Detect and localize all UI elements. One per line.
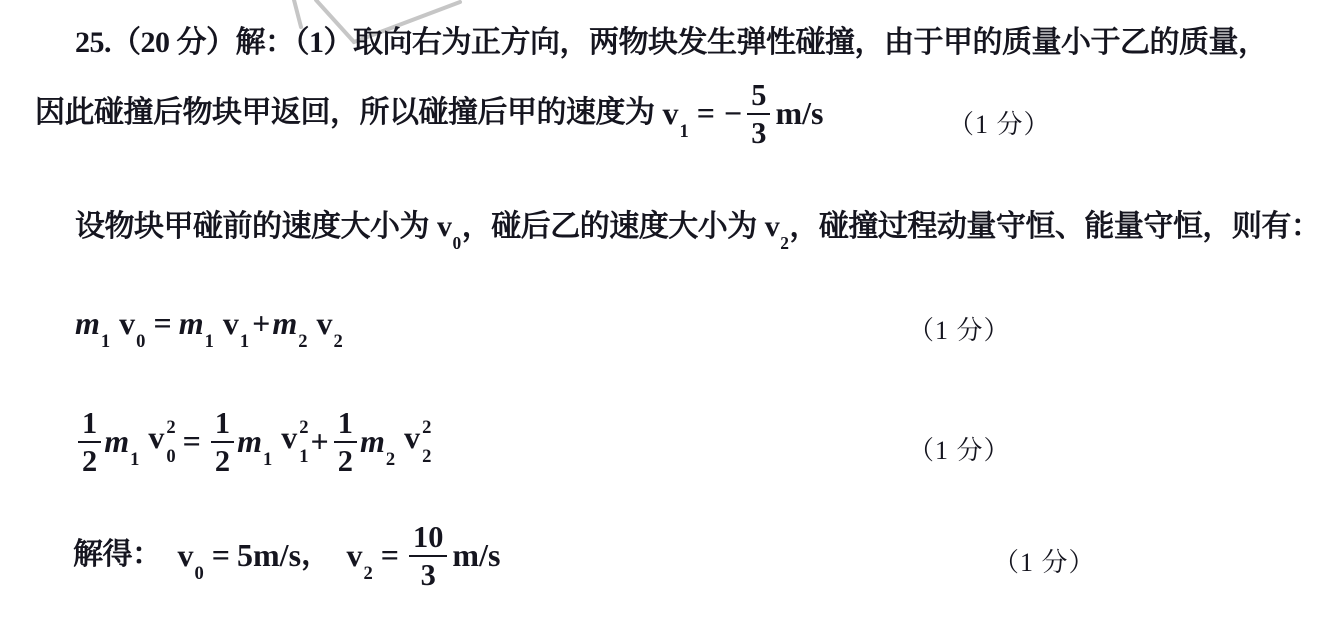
equals-sign: = — [183, 423, 201, 460]
v-symbol: v — [404, 419, 420, 455]
m-symbol: m — [360, 423, 385, 459]
term-v0: v0 — [119, 305, 146, 342]
v1-result-line: 因此碰撞后物块甲返回，所以碰撞后甲的速度为 v1 = − 5 3 m/s — [35, 80, 823, 146]
watermark-stroke — [294, 0, 301, 27]
term-v2-squared: v22 — [404, 417, 431, 464]
plus-sign: + — [252, 305, 270, 342]
line3-part2: ，碰后乙的速度大小为 — [462, 210, 757, 244]
v-symbol: v — [119, 305, 135, 341]
superscript: 2 — [166, 419, 175, 438]
term-m1b: m1 — [237, 423, 273, 460]
term-m1b: m1 — [179, 305, 215, 342]
equals-sign: = — [153, 305, 171, 342]
m-symbol: m — [75, 305, 100, 341]
term-v0-squared: v20 — [148, 417, 175, 464]
subscript: 2 — [298, 331, 307, 352]
subscript: 1 — [240, 331, 249, 352]
m-symbol: m — [272, 305, 297, 341]
term-v1: v1 — [223, 305, 250, 342]
subscript: 1 — [680, 121, 689, 142]
fullwidth-comma: ， — [301, 538, 331, 572]
v-symbol: v — [347, 537, 363, 573]
subscript: 2 — [780, 233, 788, 253]
subscript: 0 — [136, 331, 145, 352]
fraction-numerator: 10 — [409, 520, 447, 557]
term-v2: v2 — [317, 305, 344, 342]
v-symbol: v — [281, 419, 297, 455]
subscript: 2 — [422, 448, 431, 467]
v-symbol: v — [317, 305, 333, 341]
v-symbol: v — [765, 210, 780, 243]
fraction-numerator: 5 — [747, 78, 770, 115]
minus-sign: − — [724, 95, 742, 132]
equation-results: v0 = 5m/s ， v2 = 10 3 m/s — [178, 519, 501, 591]
subscript: 2 — [334, 331, 343, 352]
equals-sign: = — [697, 95, 715, 132]
fraction-one-half: 1 2 — [334, 406, 357, 478]
subscript: 0 — [195, 563, 204, 584]
fraction-denominator: 3 — [409, 557, 447, 592]
document-page: 25.（20 分）解：（1）取向右为正方向，两物块发生弹性碰撞，由于甲的质量小于… — [0, 0, 1344, 636]
setup-line: 设物块甲碰前的速度大小为 v0 ，碰后乙的速度大小为 v2 ，碰撞过程动量守恒、… — [75, 208, 1320, 246]
var-v2-inline: v2 — [765, 210, 790, 244]
fraction-one-half: 1 2 — [211, 406, 234, 478]
line3-part1: 设物块甲碰前的速度大小为 — [75, 210, 429, 244]
sup-sub-stack: 20 — [166, 419, 175, 466]
subscript: 1 — [299, 448, 308, 467]
unit-ms: m/s — [775, 95, 823, 132]
equals-sign: = — [381, 537, 399, 574]
term-v2: v2 — [347, 537, 374, 574]
m-symbol: m — [104, 423, 129, 459]
m-symbol: m — [237, 423, 262, 459]
term-m2: m2 — [360, 423, 396, 460]
term-m1: m1 — [104, 423, 140, 460]
var-v1: v1 — [663, 95, 690, 132]
fraction-numerator: 1 — [334, 406, 357, 443]
subscript: 1 — [130, 449, 139, 470]
subscript: 2 — [364, 563, 373, 584]
term-v1-squared: v21 — [281, 417, 308, 464]
superscript: 2 — [299, 419, 308, 438]
term-v0: v0 — [178, 537, 205, 574]
v-symbol: v — [223, 305, 239, 341]
subscript: 1 — [205, 331, 214, 352]
score-mark-4: （1 分） — [993, 542, 1096, 579]
var-v0-inline: v0 — [437, 210, 462, 244]
equals-sign: = — [212, 537, 230, 574]
fraction-5-3: 5 3 — [747, 78, 770, 150]
v-symbol: v — [178, 537, 194, 573]
sup-sub-stack: 21 — [299, 419, 308, 466]
fraction-numerator: 1 — [78, 406, 101, 443]
fraction-denominator: 2 — [211, 443, 234, 478]
fraction-one-half: 1 2 — [78, 406, 101, 478]
subscript: 0 — [453, 233, 461, 253]
sup-sub-stack: 22 — [422, 419, 431, 466]
fraction-denominator: 2 — [334, 443, 357, 478]
unit-ms: m/s — [452, 537, 500, 574]
subscript: 0 — [166, 448, 175, 467]
fraction-denominator: 2 — [78, 443, 101, 478]
fraction-10-3: 10 3 — [409, 520, 447, 592]
subscript: 1 — [263, 449, 272, 470]
equation-v1: v1 = − 5 3 m/s — [663, 77, 824, 149]
v-symbol: v — [148, 419, 164, 455]
solution-intro-line: 25.（20 分）解：（1）取向右为正方向，两物块发生弹性碰撞，由于甲的质量小于… — [75, 26, 1268, 60]
equation-energy: 1 2 m1 v20 = 1 2 m1 v21 + 1 2 m2 v22 — [75, 410, 431, 472]
fraction-denominator: 3 — [747, 115, 770, 150]
m-symbol: m — [179, 305, 204, 341]
v-symbol: v — [663, 95, 679, 131]
term-m2: m2 — [272, 305, 308, 342]
value-5ms: 5m/s — [237, 537, 301, 574]
fraction-numerator: 1 — [211, 406, 234, 443]
solution-results-line: 解得： v0 = 5m/s ， v2 = 10 3 m/s — [73, 524, 500, 586]
v-symbol: v — [437, 210, 452, 243]
plus-sign: + — [311, 423, 329, 460]
subscript: 1 — [101, 331, 110, 352]
score-mark-1: （1 分） — [948, 104, 1051, 141]
equation-momentum: m1 v0 = m1 v1 + m2 v2 — [75, 300, 344, 346]
term-m1: m1 — [75, 305, 111, 342]
superscript: 2 — [422, 419, 431, 438]
line2-text: 因此碰撞后物块甲返回，所以碰撞后甲的速度为 — [35, 96, 655, 130]
subscript: 2 — [386, 449, 395, 470]
score-mark-2: （1 分） — [908, 310, 1011, 347]
score-mark-3: （1 分） — [908, 430, 1011, 467]
line3-part3: ，碰撞过程动量守恒、能量守恒，则有： — [789, 210, 1320, 244]
solve-label: 解得： — [73, 538, 162, 572]
